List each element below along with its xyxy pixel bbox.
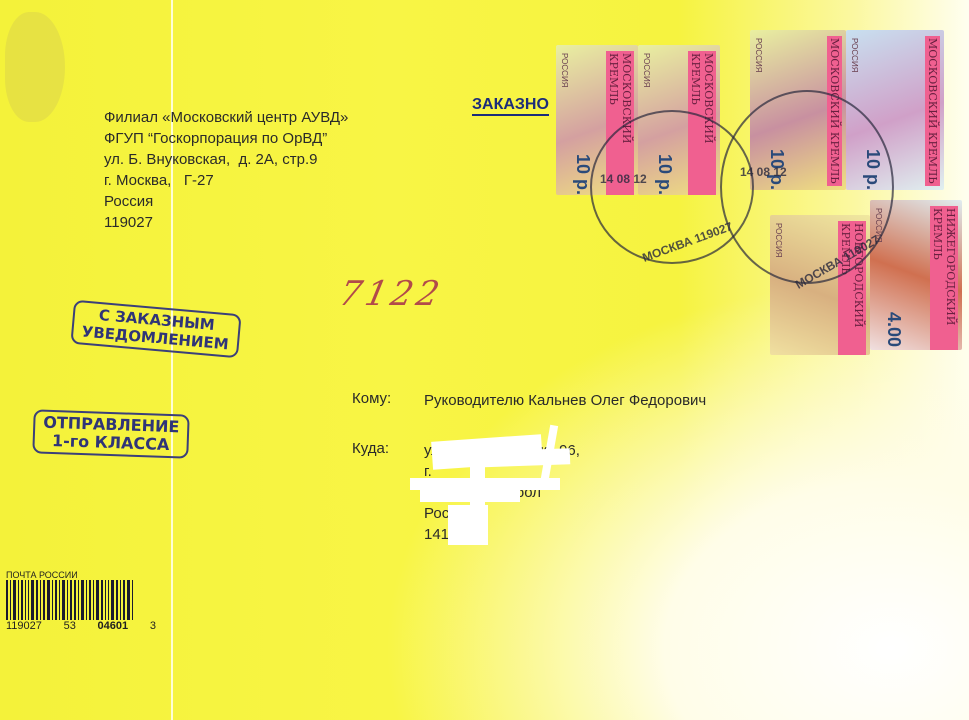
stamp-country: РОССИЯ <box>754 38 763 72</box>
sender-line: Филиал «Московский центр АУВД» <box>104 107 348 128</box>
barcode-number: 3 <box>150 620 156 632</box>
sender-line: г. Москва, Г-27 <box>104 170 348 191</box>
where-label: Куда: <box>352 440 389 457</box>
notification-stamp: С ЗАКАЗНЫМ УВЕДОМЛЕНИЕМ <box>70 300 241 358</box>
envelope: Филиал «Московский центр АУВД» ФГУП “Гос… <box>0 0 969 720</box>
barcode-numbers: 119027 53 04601 3 <box>6 620 156 632</box>
to-label: Кому: <box>352 390 391 407</box>
stamp-value: 4.00 <box>883 312 904 347</box>
stamp-title: МОСКОВСКИЙ КРЕМЛЬ <box>925 36 940 186</box>
stamp-title: НИЖЕГОРОДСКИЙ КРЕМЛЬ <box>930 206 958 350</box>
sender-address: Филиал «Московский центр АУВД» ФГУП “Гос… <box>104 107 348 233</box>
registered-label: ЗАКАЗНО <box>472 96 549 116</box>
postmark <box>720 90 894 284</box>
stamp-country: РОССИЯ <box>560 53 569 87</box>
postmark-date: 14 08 12 <box>740 165 787 179</box>
barcode-number: 04601 <box>98 620 129 632</box>
sender-line: ФГУП “Госкорпорация по ОрВД” <box>104 128 348 149</box>
stain <box>5 12 65 122</box>
barcode-title: ПОЧТА РОССИИ <box>6 570 176 580</box>
to-value: Руководителю Кальнев Олег Федорович <box>424 390 706 411</box>
sender-line: 119027 <box>104 212 348 233</box>
first-class-stamp: ОТПРАВЛЕНИЕ 1-го КЛАССА <box>32 409 189 458</box>
sender-line: Россия <box>104 191 348 212</box>
stamp-country: РОССИЯ <box>850 38 859 72</box>
barcode-number: 53 <box>64 620 76 632</box>
barcode-number: 119027 <box>6 620 42 632</box>
handwritten-number: 7122 <box>336 274 447 314</box>
postmark-date: 14 08 12 <box>600 172 647 186</box>
barcode-label: ПОЧТА РОССИИ 119027 53 04601 3 <box>6 570 176 632</box>
redaction <box>448 505 488 545</box>
stamp-line: 1-го КЛАССА <box>40 432 181 455</box>
stamp-country: РОССИЯ <box>642 53 651 87</box>
barcode-bars <box>6 580 176 620</box>
sender-line: ул. Б. Внуковская, д. 2А, стр.9 <box>104 149 348 170</box>
